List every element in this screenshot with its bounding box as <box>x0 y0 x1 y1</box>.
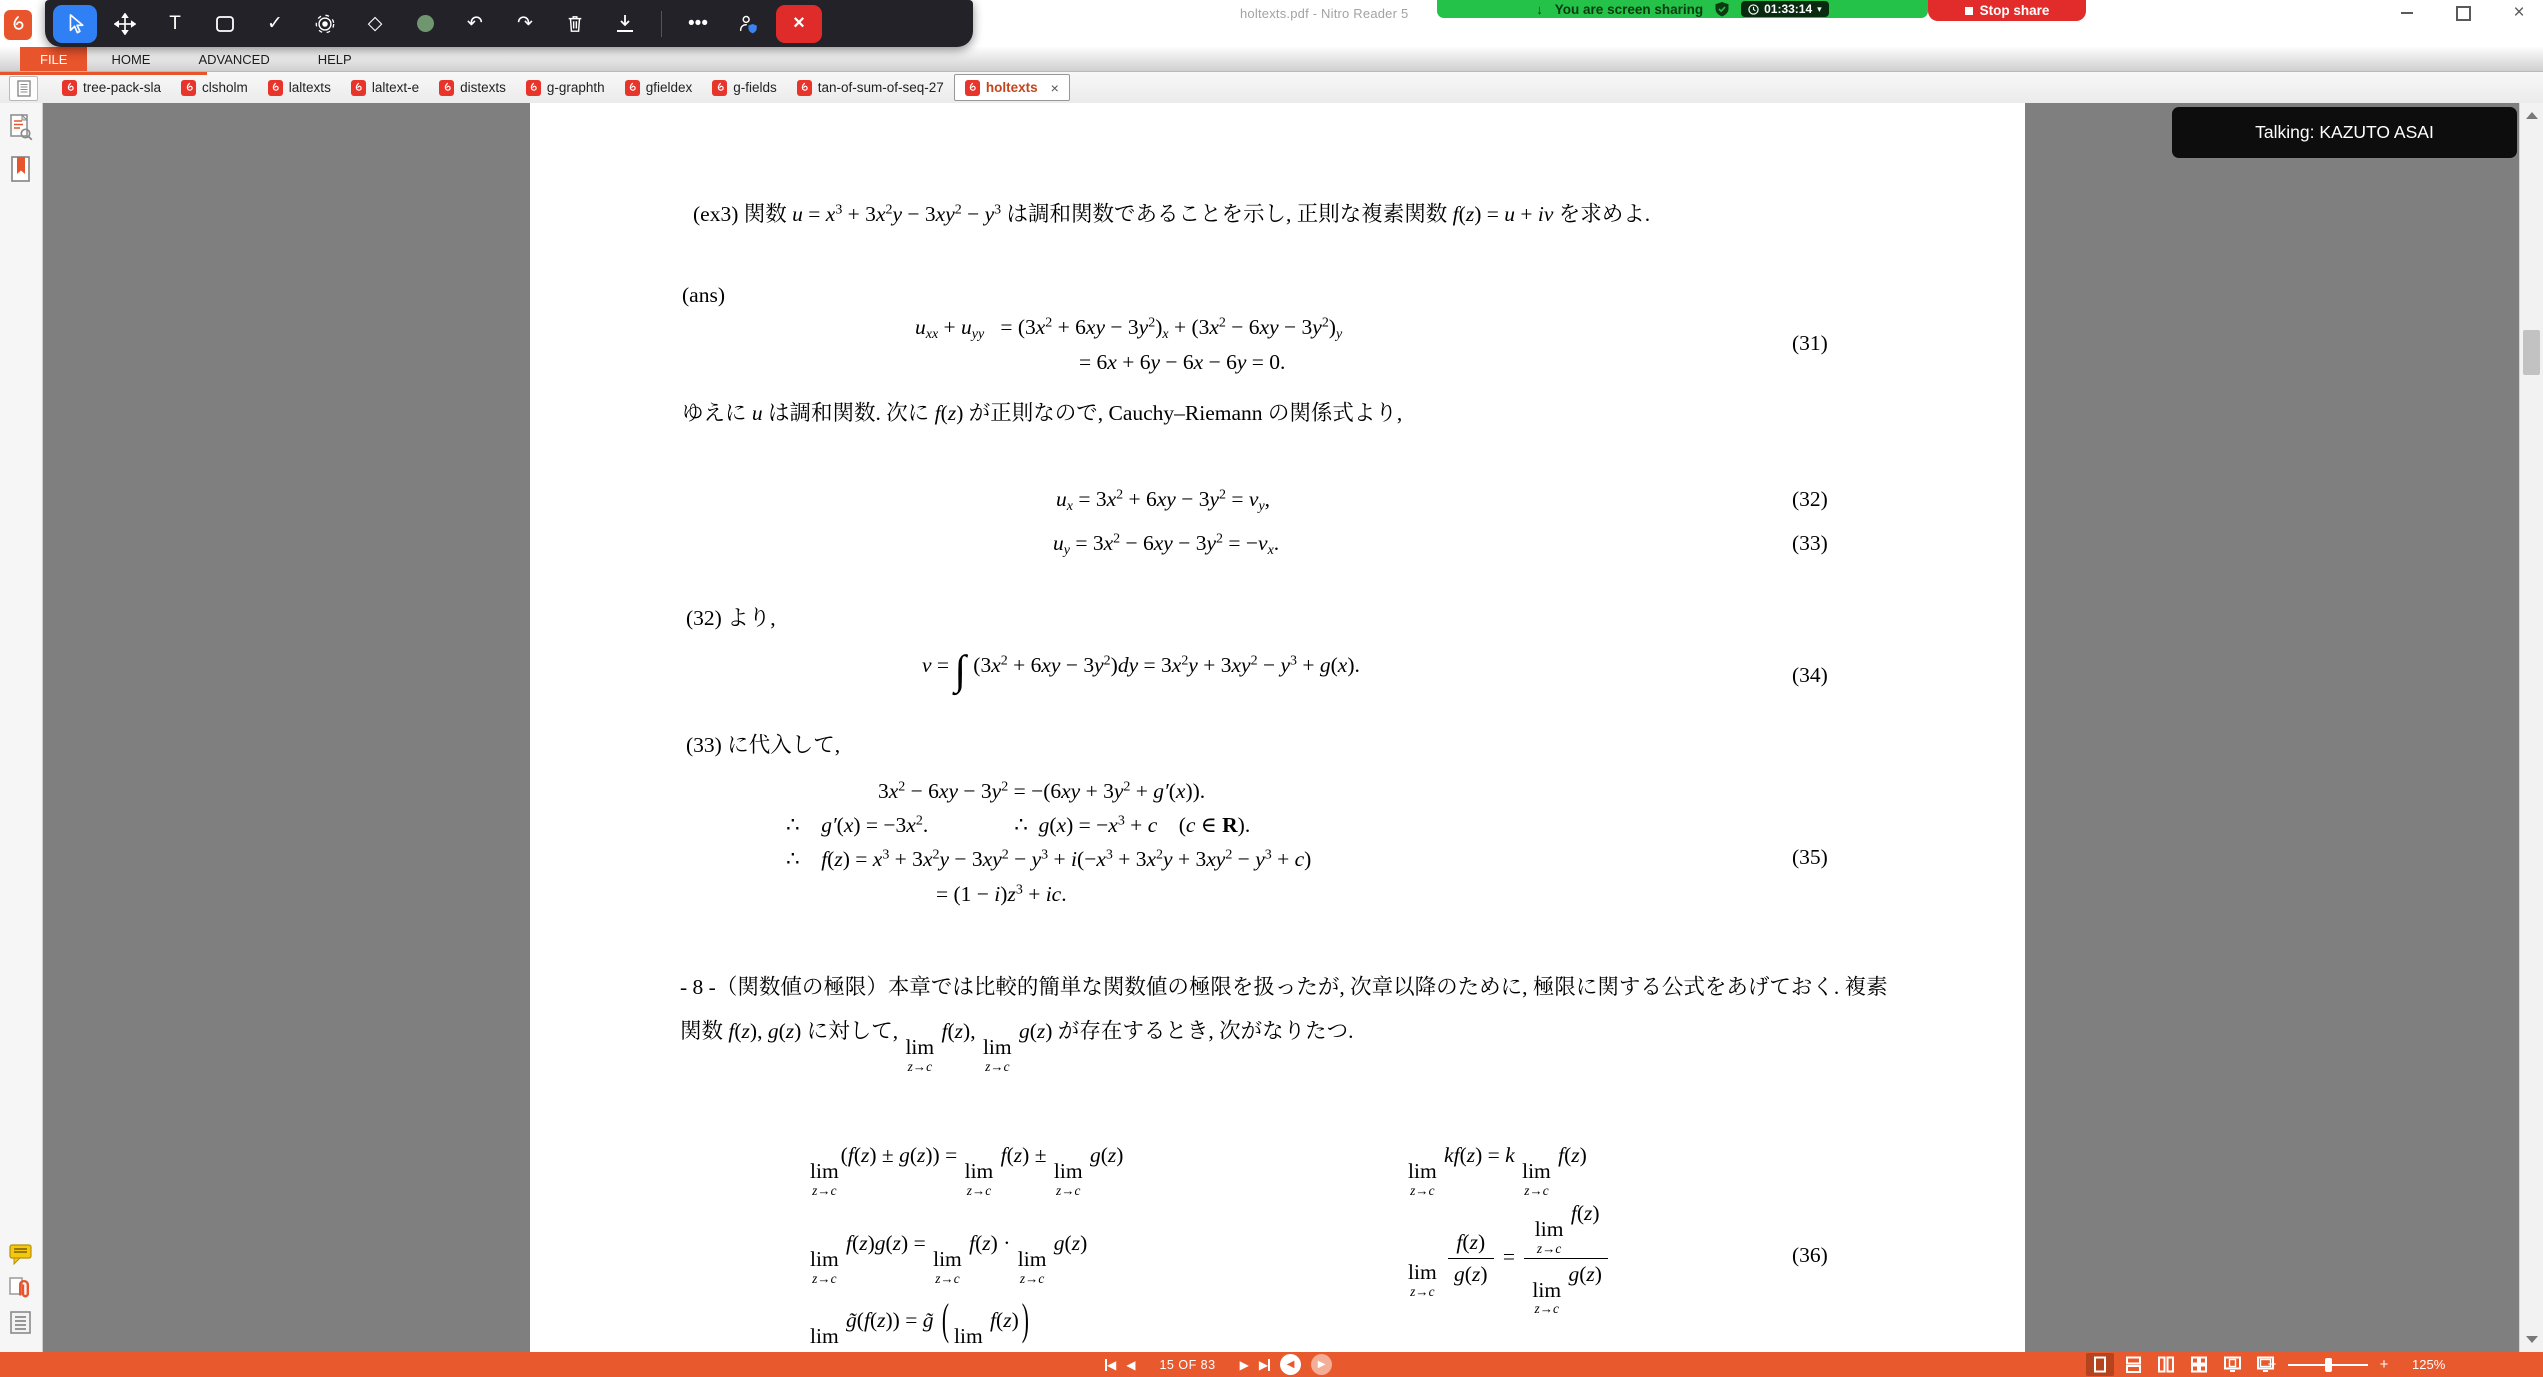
equation: uxx + uyy = (3x2 + 6xy − 3y2)x + (3x2 − … <box>915 315 1342 340</box>
document-tab[interactable]: g-fields <box>702 75 787 100</box>
equation-number: (36) <box>1792 1243 1828 1268</box>
pdf-file-icon <box>351 80 366 96</box>
view-fit-page-button[interactable] <box>2218 1353 2246 1376</box>
zoom-slider[interactable] <box>2288 1358 2368 1372</box>
spotlight-tool-button[interactable] <box>303 5 347 43</box>
equation-number: (34) <box>1792 663 1828 688</box>
redo-button[interactable]: ↷ <box>503 5 547 43</box>
document-tab[interactable]: tan-of-sum-of-seq-27 <box>787 75 954 100</box>
tab-close-icon[interactable]: × <box>1051 80 1059 96</box>
attachments-button[interactable] <box>8 1275 34 1303</box>
clock-icon <box>1748 4 1759 15</box>
view-facing-button[interactable] <box>2152 1353 2180 1376</box>
participant-security-button[interactable] <box>726 5 770 43</box>
view-grid-button[interactable] <box>2185 1353 2213 1376</box>
color-swatch-button[interactable] <box>403 5 447 43</box>
tab-label: distexts <box>460 80 506 95</box>
scroll-down-arrow[interactable] <box>2526 1336 2538 1343</box>
scroll-up-arrow[interactable] <box>2526 112 2538 119</box>
page-indicator[interactable]: 15 OF 83 <box>1159 1358 1215 1372</box>
undo-button[interactable]: ↶ <box>453 5 497 43</box>
tab-label: tan-of-sum-of-seq-27 <box>818 80 944 95</box>
green-color-dot <box>417 15 434 32</box>
document-tab[interactable]: clsholm <box>171 75 258 100</box>
tab-label: holtexts <box>986 80 1038 95</box>
document-tab-bar: tree-pack-sla clsholm laltexts laltext-e… <box>0 72 2543 104</box>
timer-caret-icon[interactable]: ▾ <box>1817 4 1822 15</box>
shield-check-icon <box>1715 2 1729 17</box>
left-sidebar <box>0 103 43 1352</box>
view-continuous-button[interactable] <box>2119 1353 2147 1376</box>
vertical-scrollbar[interactable] <box>2519 103 2543 1352</box>
window-title: holtexts.pdf - Nitro Reader 5 <box>1240 6 1408 21</box>
tab-label: laltexts <box>289 80 331 95</box>
pdf-file-icon <box>439 80 454 96</box>
select-tool-button[interactable] <box>53 5 97 43</box>
nitro-app-icon <box>4 10 32 40</box>
view-single-page-button[interactable] <box>2086 1353 2114 1376</box>
zoom-level[interactable]: 125% <box>2412 1357 2445 1372</box>
tab-label: g-fields <box>733 80 777 95</box>
annotation-toolbar: T ✓ ◇ ↶ ↷ ••• × <box>45 0 973 47</box>
equation: limz→c kf(z) = k limz→c f(z) <box>1406 1143 1587 1197</box>
equation: ∴ g′(x) = −3x2. ∴ g(x) = −x3 + c (c ∈ R)… <box>786 813 1250 838</box>
equation-number: (33) <box>1792 531 1828 556</box>
properties-button[interactable] <box>8 1309 34 1337</box>
minimize-button[interactable] <box>2399 5 2415 21</box>
rectangle-tool-button[interactable] <box>203 5 247 43</box>
pdf-file-icon <box>62 80 77 96</box>
scrollbar-thumb[interactable] <box>2523 330 2540 375</box>
pdf-file-icon <box>965 80 980 96</box>
last-page-button[interactable]: ▶ <box>1259 1359 1270 1371</box>
document-viewport: (ex3) 関数 u = x3 + 3x2y − 3xy2 − y3 は調和関数… <box>43 103 2520 1352</box>
first-page-button[interactable]: ◀ <box>1105 1359 1116 1371</box>
pdf-file-icon <box>526 80 541 96</box>
menu-home[interactable]: HOME <box>87 47 174 71</box>
pdf-file-icon <box>797 80 812 96</box>
pages-panel-button[interactable] <box>9 76 38 101</box>
equation: = 6x + 6y − 6x − 6y = 0. <box>1079 350 1285 375</box>
stop-share-label: Stop share <box>1980 3 2050 18</box>
menu-bar: FILE HOME ADVANCED HELP <box>0 47 2543 72</box>
document-tab[interactable]: laltext-e <box>341 75 429 100</box>
doc-text: (32) より, <box>686 601 776 632</box>
equation: limz→c f(z)g(z) = limz→c f(z) · limz→c g… <box>808 1231 1087 1285</box>
screen-share-banner: ↓ You are screen sharing 01:33:14 ▾ <box>1437 0 1928 18</box>
document-icon <box>17 80 31 97</box>
tab-strip: tree-pack-sla clsholm laltexts laltext-e… <box>52 72 1070 103</box>
menu-help[interactable]: HELP <box>294 47 376 71</box>
more-options-button[interactable]: ••• <box>676 5 720 43</box>
download-icon <box>617 15 633 32</box>
tab-label: g-graphth <box>547 80 605 95</box>
menu-file[interactable]: FILE <box>20 47 87 71</box>
eraser-tool-button[interactable]: ◇ <box>353 5 397 43</box>
search-document-button[interactable] <box>8 113 34 141</box>
stop-icon <box>1965 7 1973 15</box>
doc-paragraph: ゆえに u は調和関数. 次に f(z) が正則なので, Cauchy–Riem… <box>682 397 1897 430</box>
zoom-in-button[interactable]: + <box>2374 1356 2394 1373</box>
doc-paragraph: (ex3) 関数 u = x3 + 3x2y − 3xy2 − y3 は調和関数… <box>693 198 1883 231</box>
pdf-file-icon <box>181 80 196 96</box>
equation: uy = 3x2 − 6xy − 3y2 = −vx. <box>1053 531 1279 556</box>
equation: ux = 3x2 + 6xy − 3y2 = vy, <box>1056 487 1270 512</box>
share-timer-badge[interactable]: 01:33:14 ▾ <box>1741 1 1829 17</box>
menu-advanced[interactable]: ADVANCED <box>174 47 293 71</box>
window-close-button[interactable]: × <box>2511 5 2527 21</box>
document-tab[interactable]: holtexts × <box>954 74 1070 101</box>
equation: v = ∫ (3x2 + 6xy − 3y2)dy = 3x2y + 3xy2 … <box>922 653 1360 678</box>
check-tool-button[interactable]: ✓ <box>253 5 297 43</box>
doc-text: (33) に代入して, <box>686 728 840 759</box>
pdf-file-icon <box>625 80 640 96</box>
history-forward-button[interactable]: ▶ <box>1311 1354 1332 1375</box>
tab-label: clsholm <box>202 80 248 95</box>
move-tool-button[interactable] <box>103 5 147 43</box>
equation: limz→c g̃(f(z)) = g̃ (limz→c f(z)) <box>808 1308 1032 1352</box>
tab-label: tree-pack-sla <box>83 80 161 95</box>
close-annotation-button[interactable]: × <box>776 5 822 43</box>
toolbar-separator <box>661 11 662 37</box>
document-tab[interactable]: tree-pack-sla <box>52 75 171 100</box>
tab-label: gfieldex <box>646 80 693 95</box>
equation: = (1 − i)z3 + ic. <box>936 882 1067 907</box>
previous-page-button[interactable]: ◀ <box>1126 1359 1135 1371</box>
pdf-file-icon <box>268 80 283 96</box>
status-bar: ◀ ◀ 15 OF 83 ▶ ▶ ◀ ▶ − + 125% <box>0 1352 2543 1377</box>
tab-label: laltext-e <box>372 80 419 95</box>
text-tool-button[interactable]: T <box>153 5 197 43</box>
history-back-button[interactable]: ◀ <box>1280 1354 1301 1375</box>
share-status-text: You are screen sharing <box>1555 2 1703 17</box>
pdf-page: (ex3) 関数 u = x3 + 3x2y − 3xy2 − y3 は調和関数… <box>530 103 2025 1352</box>
share-timer: 01:33:14 <box>1764 2 1812 16</box>
document-tab[interactable]: distexts <box>429 75 516 100</box>
document-tab[interactable]: gfieldex <box>615 75 703 100</box>
next-page-button[interactable]: ▶ <box>1240 1359 1249 1371</box>
pdf-file-icon <box>712 80 727 96</box>
talking-label: Talking: KAZUTO ASAI <box>2255 122 2434 143</box>
stop-share-button[interactable]: Stop share <box>1928 0 2086 21</box>
delete-button[interactable] <box>553 5 597 43</box>
equation: ∴ f(z) = x3 + 3x2y − 3xy2 − y3 + i(−x3 +… <box>786 847 1311 872</box>
share-down-arrow-icon: ↓ <box>1536 3 1543 16</box>
comments-button[interactable] <box>8 1242 34 1270</box>
maximize-button[interactable] <box>2455 5 2471 21</box>
talking-indicator: Talking: KAZUTO ASAI <box>2172 107 2517 158</box>
document-tab[interactable]: g-graphth <box>516 75 615 100</box>
equation: limz→c(f(z) ± g(z)) = limz→c f(z) ± limz… <box>808 1143 1123 1197</box>
equation-number: (32) <box>1792 487 1828 512</box>
equation: 3x2 − 6xy − 3y2 = −(6xy + 3y2 + g′(x)). <box>878 779 1205 804</box>
save-download-button[interactable] <box>603 5 647 43</box>
zoom-out-button[interactable]: − <box>2262 1356 2282 1373</box>
equation: limz→c f(z)g(z) = limz→c f(z)limz→c g(z) <box>1406 1201 1612 1316</box>
equation-number: (35) <box>1792 845 1828 870</box>
bookmarks-button[interactable] <box>8 155 34 183</box>
equation-number: (31) <box>1792 331 1828 356</box>
doc-text: (ans) <box>682 283 725 308</box>
doc-paragraph: - 8 -（関数値の極限）本章では比較的簡単な関数値の極限を扱ったが, 次章以降… <box>680 965 1890 1073</box>
zoom-slider-thumb[interactable] <box>2325 1358 2332 1372</box>
document-tab[interactable]: laltexts <box>258 75 341 100</box>
